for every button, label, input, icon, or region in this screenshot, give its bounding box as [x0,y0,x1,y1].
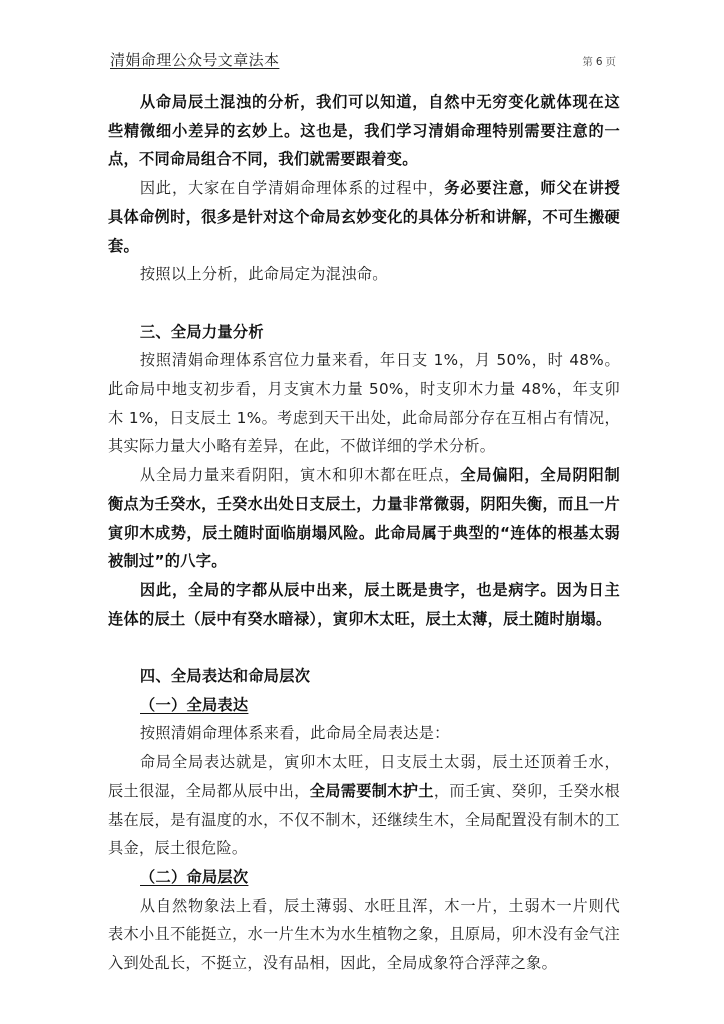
page-number: 6 [596,55,603,69]
paragraph: 按照清娟命理体系来看，此命局全局表达是： [108,719,620,748]
section-heading: 三、全局力量分析 [108,318,620,347]
paragraph: 因此，全局的字都从辰中出来，辰土既是贵字，也是病字。因为日主连体的辰土（辰中有癸… [108,576,620,633]
subsection-title: （二）命局层次 [140,868,248,886]
text: 按照以上分析，此命局定为混浊命。 [140,265,388,283]
page-suffix: 页 [606,55,617,69]
document-body: 从命局辰土混浊的分析，我们可以知道，自然中无穷变化就体现在这些精微细小差异的玄妙… [108,88,620,978]
page-number-label: 第6页 [582,55,616,69]
paragraph: 从全局力量来看阴阳，寅木和卯木都在旺点，全局偏阳，全局阴阳制衡点为壬癸水，壬癸水… [108,461,620,576]
paragraph: 按照以上分析，此命局定为混浊命。 [108,260,620,289]
text: 从全局力量来看阴阳，寅木和卯木都在旺点， [140,466,460,484]
paragraph: 从命局辰土混浊的分析，我们可以知道，自然中无穷变化就体现在这些精微细小差异的玄妙… [108,88,620,174]
paragraph: 从自然物象法上看，辰土薄弱、水旺且浑，木一片，土弱木一片则代表木小且不能挺立，水… [108,892,620,978]
page-header: 清娟命理公众号文章法本 第6页 [108,50,616,74]
section-heading: 四、全局表达和命局层次 [108,662,620,691]
blank-line [108,633,620,662]
blank-line [108,289,620,318]
bold-text: 全局需要制木护土 [310,782,434,800]
text: 因此，大家在自学清娟命理体系的过程中， [140,179,444,197]
subsection-heading: （二）命局层次 [108,863,620,892]
page-prefix: 第 [582,55,593,69]
bold-text: 因此，全局的字都从辰中出来，辰土既是贵字，也是病字。因为日主连体的辰土（辰中有癸… [108,581,620,628]
paragraph: 命局全局表达就是，寅卯木太旺，日支辰土太弱，辰土还顶着壬水，辰土很湿，全局都从辰… [108,748,620,863]
paragraph: 因此，大家在自学清娟命理体系的过程中，务必要注意，师父在讲授具体命例时，很多是针… [108,174,620,260]
document-title: 清娟命理公众号文章法本 [110,50,279,70]
paragraph: 按照清娟命理体系宫位力量来看，年日支 1%，月 50%，时 48%。此命局中地支… [108,346,620,461]
subsection-heading: （一）全局表达 [108,691,620,720]
bold-text: 从命局辰土混浊的分析，我们可以知道，自然中无穷变化就体现在这些精微细小差异的玄妙… [108,93,620,168]
subsection-title: （一）全局表达 [140,696,248,714]
